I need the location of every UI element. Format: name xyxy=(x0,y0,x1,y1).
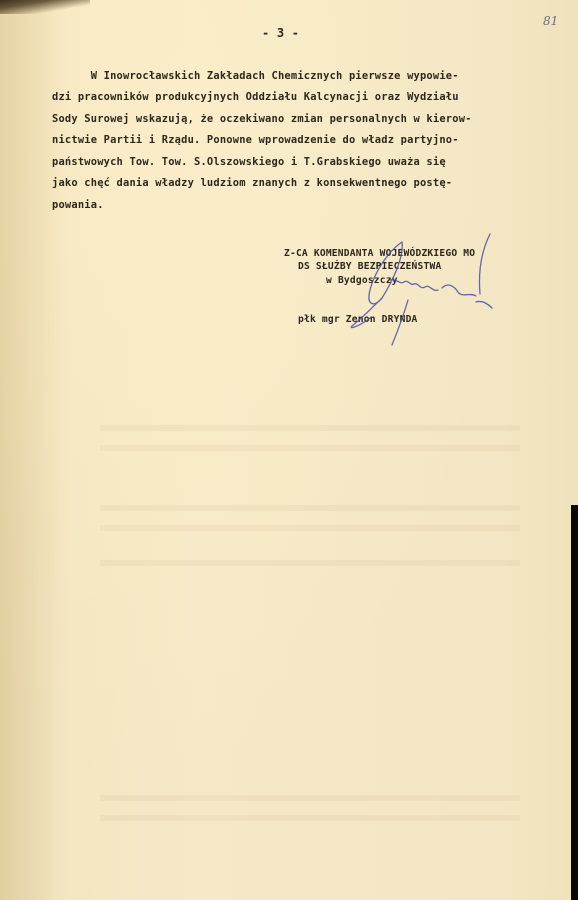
show-through-text xyxy=(100,525,520,531)
show-through-text xyxy=(100,425,520,431)
body-line: państwowych Tow. Tow. S.Olszowskiego i T… xyxy=(52,152,446,174)
body-line: W Inowrocławskich Zakładach Chemicznych … xyxy=(52,66,459,88)
handwritten-signature xyxy=(330,230,520,350)
body-line: powania. xyxy=(52,195,104,217)
body-line: jako chęć dania władzy ludziom znanych z… xyxy=(52,173,452,195)
show-through-text xyxy=(100,560,520,566)
body-line: dzi pracowników produkcyjnych Oddziału K… xyxy=(52,87,459,109)
document-page: - 3 - 81 W Inowrocławskich Zakładach Che… xyxy=(0,0,578,900)
body-line: Sody Surowej wskazują, że oczekiwano zmi… xyxy=(52,109,472,131)
page-number: - 3 - xyxy=(262,26,299,40)
show-through-text xyxy=(100,795,520,801)
body-line: nictwie Partii i Rządu. Ponowne wprowadz… xyxy=(52,130,459,152)
show-through-text xyxy=(100,445,520,451)
scan-corner-shadow xyxy=(0,0,90,14)
archive-number: 81 xyxy=(543,14,558,28)
show-through-text xyxy=(100,815,520,821)
show-through-text xyxy=(100,505,520,511)
scan-edge xyxy=(571,505,578,900)
